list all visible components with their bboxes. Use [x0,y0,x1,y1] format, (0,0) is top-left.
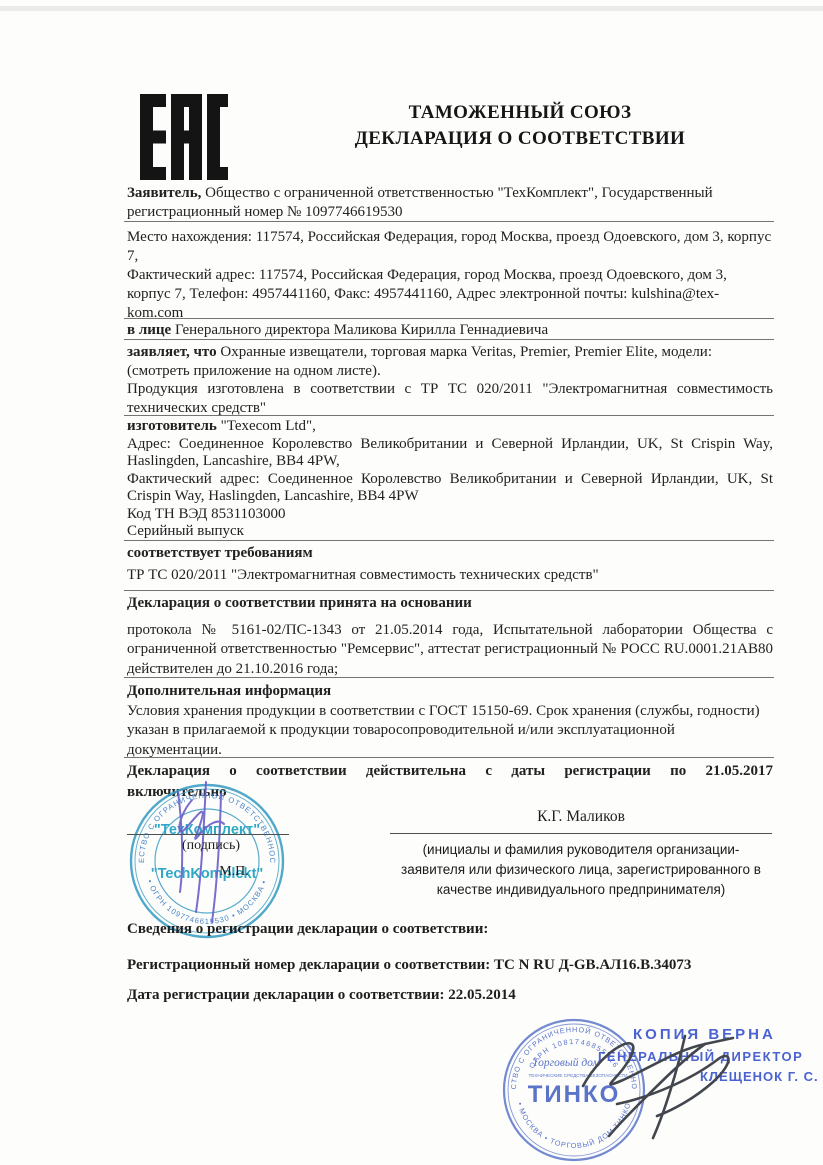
declares-production: Продукция изготовлена в соответствии с Т… [127,380,773,417]
manufacturer-address: Адрес: Соединенное Королевство Великобри… [127,436,773,471]
applicant-stamp-name-ru: "ТехКомплект" [154,822,260,838]
title-line-2: ДЕКЛАРАЦИЯ О СООТВЕТСТВИИ [280,126,760,152]
section-location: Место нахождения: 117574, Российская Фед… [127,228,773,323]
caption-line: заявителя или физического лица, зарегист… [390,860,772,880]
section-person: в лице Генерального директора Маликова К… [127,321,773,340]
additional-text: Условия хранения продукции в соответстви… [127,702,773,760]
tn-ved-code: Код ТН ВЭД 8531103000 [127,506,773,524]
manufacturer-name: изготовитель "Texecom Ltd", [127,418,773,436]
section-divider [124,339,774,340]
eac-mark-icon [140,94,228,180]
registration-date: Дата регистрации декларации о соответств… [127,987,787,1004]
additional-heading: Дополнительная информация [127,682,773,701]
section-compliance: соответствует требованиям ТР ТС 020/2011… [127,544,773,585]
declares-product: заявляет, что Охранные извещатели, торго… [127,343,773,380]
document-title: ТАМОЖЕННЫЙ СОЮЗ ДЕКЛАРАЦИЯ О СООТВЕТСТВИ… [280,100,760,152]
signature-line-left [127,834,289,835]
declares-label: заявляет, что [127,344,217,360]
head-name: К.Г. Маликов [390,808,772,826]
person-label: в лице [127,322,171,338]
basis-text: протокола № 5161-02/ПС-1343 от 21.05.201… [127,621,773,679]
section-additional: Дополнительная информация Условия хранен… [127,682,773,760]
applicant-label: Заявитель, [127,185,201,201]
declaration-document: ТАМОЖЕННЫЙ СОЮЗ ДЕКЛАРАЦИЯ О СООТВЕТСТВИ… [0,0,823,1165]
section-divider [124,318,774,319]
signature-line-right [390,833,772,834]
registration-number: Регистрационный номер декларации о соотв… [127,957,787,974]
section-divider [124,757,774,758]
actual-address-line: Фактический адрес: 117574, Российская Фе… [127,266,773,323]
manufacturer-label: изготовитель [127,418,217,434]
person-text: Генерального директора Маликова Кирилла … [171,322,548,338]
registration-heading: Сведения о регистрации декларации о соот… [127,921,787,938]
section-divider [124,590,774,591]
section-applicant: Заявитель, Общество с ограниченной ответ… [127,184,773,222]
manufacturer-actual-address: Фактический адрес: Соединенное Королевст… [127,471,773,506]
basis-heading: Декларация о соответствии принята на осн… [127,594,773,613]
applicant-text: Общество с ограниченной ответственностью… [127,185,713,220]
compliance-heading: соответствует требованиям [127,544,773,563]
section-manufacturer: изготовитель "Texecom Ltd", Адрес: Соеди… [127,418,773,541]
section-declares: заявляет, что Охранные извещатели, торго… [127,343,773,417]
location-line: Место нахождения: 117574, Российская Фед… [127,228,773,266]
compliance-text: ТР ТС 020/2011 "Электромагнитная совмест… [127,566,773,585]
podpis-label: (подпись) [127,838,295,854]
section-divider [124,540,774,541]
section-divider [124,677,774,678]
title-line-1: ТАМОЖЕННЫЙ СОЮЗ [280,100,760,126]
scan-artifact [0,6,823,11]
caption-line: (инициалы и фамилия руководителя организ… [390,840,772,860]
signature-caption: (инициалы и фамилия руководителя организ… [390,840,772,900]
mp-label: М.П. [150,864,318,880]
director-signature-ink [565,1016,775,1141]
caption-line: качестве индивидуального предпринимателя… [390,880,772,900]
section-basis: Декларация о соответствии принята на осн… [127,594,773,679]
section-divider [124,221,774,222]
manufacturer-text: "Texecom Ltd", [217,418,316,434]
serial-release: Серийный выпуск [127,523,773,541]
section-divider [124,415,774,416]
